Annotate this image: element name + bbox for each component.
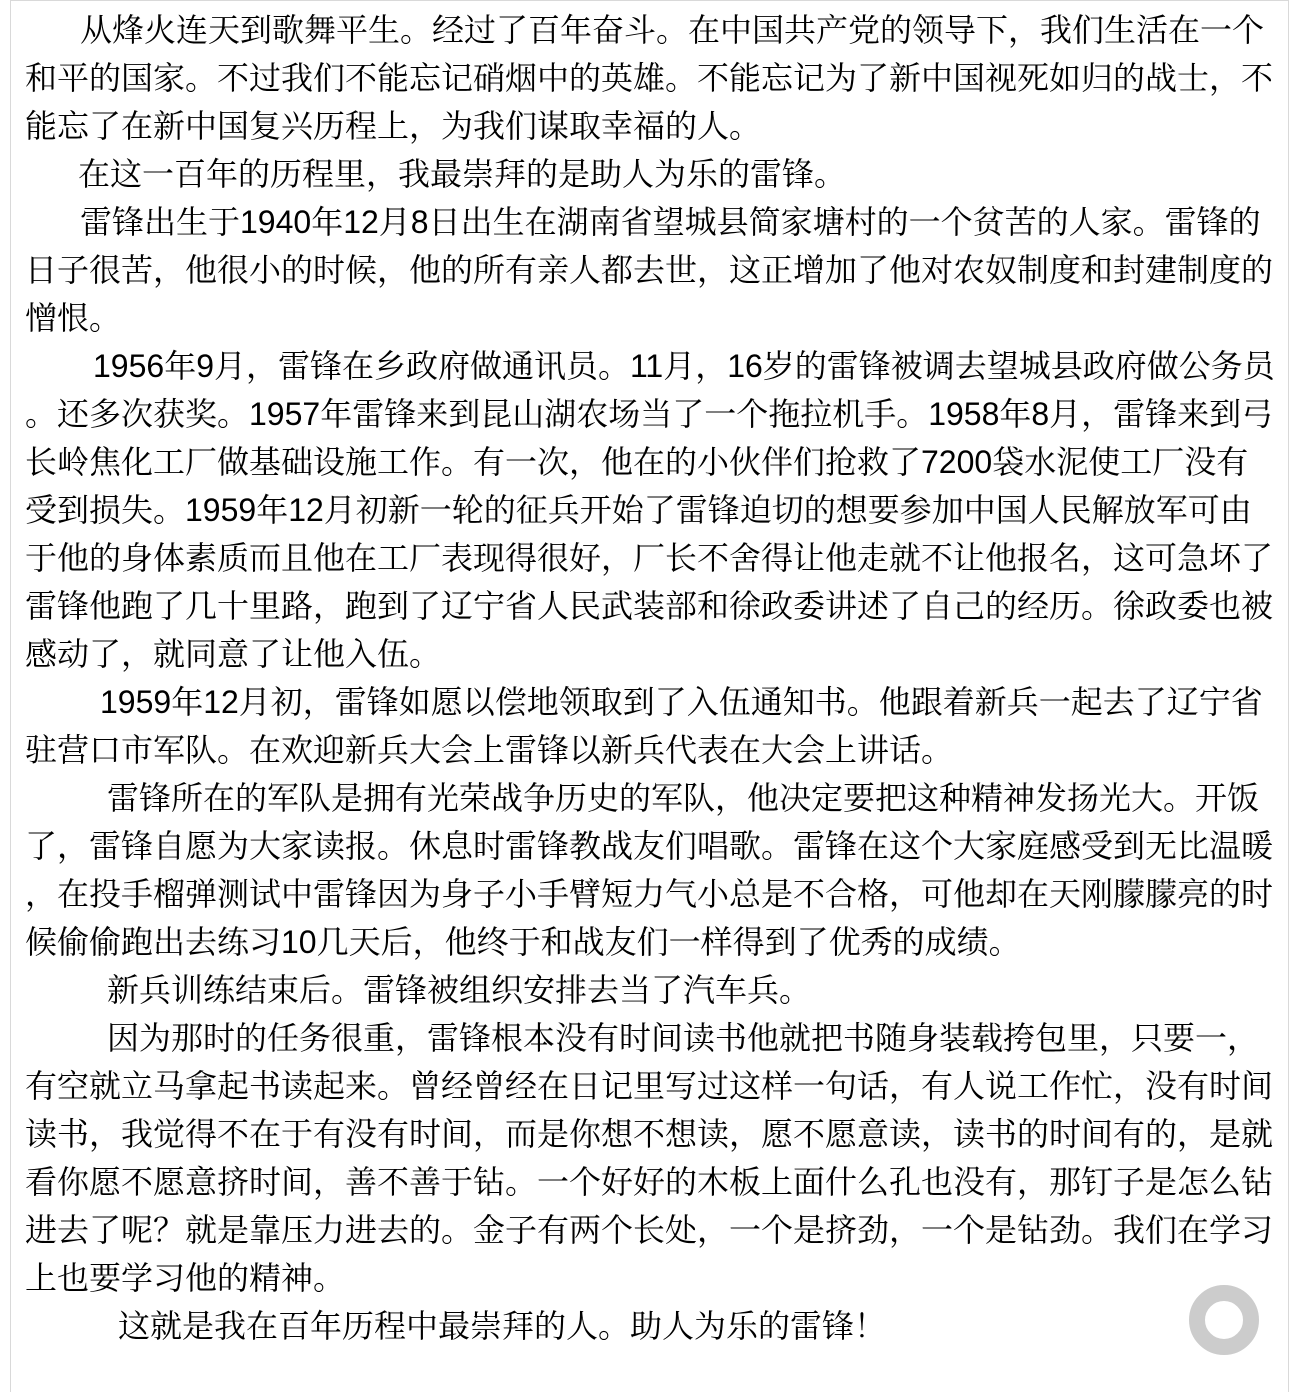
paragraph[interactable]: 1956年9月，雷锋在乡政府做通讯员。11月，16岁的雷锋被调去望城县政府做公务… — [25, 342, 1280, 678]
document-page[interactable]: 从烽火连天到歌舞平生。经过了百年奋斗。在中国共产党的领导下，我们生活在一个和平的… — [10, 0, 1289, 1392]
document-body[interactable]: 从烽火连天到歌舞平生。经过了百年奋斗。在中国共产党的领导下，我们生活在一个和平的… — [11, 1, 1288, 1350]
paragraph[interactable]: 因为那时的任务很重，雷锋根本没有时间读书他就把书随身装载挎包里，只要一，有空就立… — [25, 1014, 1280, 1302]
paragraph[interactable]: 从烽火连天到歌舞平生。经过了百年奋斗。在中国共产党的领导下，我们生活在一个和平的… — [25, 6, 1280, 150]
paragraph[interactable]: 雷锋出生于1940年12月8日出生在湖南省望城县简家塘村的一个贫苦的人家。雷锋的… — [25, 198, 1280, 342]
paragraph[interactable]: 新兵训练结束后。雷锋被组织安排去当了汽车兵。 — [25, 966, 1280, 1014]
paragraph[interactable]: 1959年12月初，雷锋如愿以偿地领取到了入伍通知书。他跟着新兵一起去了辽宁省驻… — [25, 678, 1280, 774]
paragraph[interactable]: 在这一百年的历程里，我最崇拜的是助人为乐的雷锋。 — [25, 150, 1280, 198]
paragraph[interactable]: 这就是我在百年历程中最崇拜的人。助人为乐的雷锋！ — [25, 1302, 1280, 1350]
loading-spinner-icon — [1189, 1285, 1259, 1355]
paragraph[interactable]: 雷锋所在的军队是拥有光荣战争历史的军队，他决定要把这种精神发扬光大。开饭了，雷锋… — [25, 774, 1280, 966]
